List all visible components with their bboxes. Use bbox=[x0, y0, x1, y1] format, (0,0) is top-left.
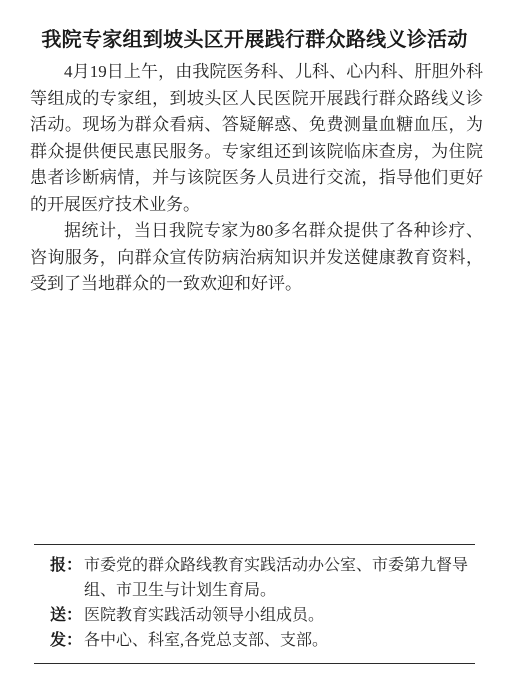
document-title: 我院专家组到坡头区开展践行群众路线义诊活动 bbox=[20, 25, 489, 55]
distribution-row-bao: 报： 市委党的群众路线教育实践活动办公室、市委第九督导组、市卫生与计划生育局。 bbox=[50, 553, 473, 603]
body-paragraph-1: 4月19日上午，由我院医务科、儿科、心内科、肝胆外科等组成的专家组，到坡头区人民… bbox=[30, 59, 483, 218]
body-paragraph-2: 据统计，当日我院专家为80多名群众提供了各种诊疗、咨询服务，向群众宣传防病治病知… bbox=[30, 218, 483, 298]
document-body: 4月19日上午，由我院医务科、儿科、心内科、肝胆外科等组成的专家组，到坡头区人民… bbox=[30, 59, 483, 298]
distribution-label-song: 送： bbox=[50, 603, 82, 628]
distribution-content-bao: 市委党的群众路线教育实践活动办公室、市委第九督导组、市卫生与计划生育局。 bbox=[84, 553, 473, 603]
distribution-row-fa: 发： 各中心、科室,各党总支部、支部。 bbox=[50, 628, 473, 653]
distribution-bottom-rule bbox=[34, 663, 475, 664]
distribution-box: 报： 市委党的群众路线教育实践活动办公室、市委第九督导组、市卫生与计划生育局。 … bbox=[34, 544, 475, 664]
distribution-content-song: 医院教育实践活动领导小组成员。 bbox=[84, 603, 473, 628]
distribution-row-song: 送： 医院教育实践活动领导小组成员。 bbox=[50, 603, 473, 628]
distribution-label-bao: 报： bbox=[50, 553, 82, 578]
distribution-label-fa: 发： bbox=[50, 628, 82, 653]
document-page: 我院专家组到坡头区开展践行群众路线义诊活动 4月19日上午，由我院医务科、儿科、… bbox=[0, 0, 509, 688]
distribution-rows: 报： 市委党的群众路线教育实践活动办公室、市委第九督导组、市卫生与计划生育局。 … bbox=[34, 545, 475, 663]
distribution-content-fa: 各中心、科室,各党总支部、支部。 bbox=[84, 628, 473, 653]
